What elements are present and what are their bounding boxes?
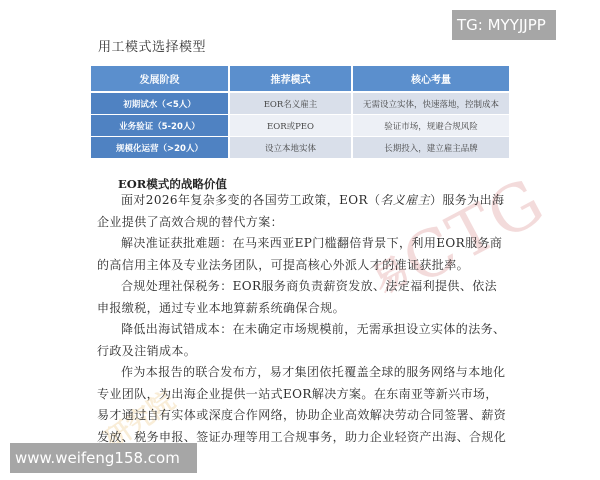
consideration-cell: 验证市场，规避合规风险: [353, 115, 509, 136]
url-overlay-label: www.weifeng158.com: [10, 443, 197, 473]
intro-text-emphasis: 名义雇主: [380, 193, 430, 207]
cost-paragraph: 降低出海试错成本：在未确定市场规模前，无需承担设立实体的法务、行政及注销成本。: [97, 319, 507, 362]
mode-cell: 设立本地实体: [230, 137, 353, 158]
document-title: 用工模式选择模型: [98, 36, 206, 55]
intro-paragraph: 面对2026年复杂多变的各国劳工政策，EOR（名义雇主）服务为出海企业提供了高效…: [97, 190, 507, 233]
stage-cell: 业务验证（5-20人）: [91, 115, 230, 136]
stage-cell: 规模化运营（>20人）: [91, 137, 230, 158]
table-row: 初期试水（<5人） EOR名义雇主 无需设立实体，快速落地，控制成本: [91, 93, 509, 114]
header-recommended-mode: 推荐模式: [230, 66, 353, 91]
mode-cell: EOR名义雇主: [230, 93, 353, 114]
tg-overlay-label: TG: MYYJJPP: [452, 10, 556, 40]
table-row: 规模化运营（>20人） 设立本地实体 长期投入，建立雇主品牌: [91, 137, 509, 158]
employment-model-table: 发展阶段 推荐模式 核心考量 初期试水（<5人） EOR名义雇主 无需设立实体，…: [91, 66, 509, 159]
permit-paragraph: 解决准证获批难题：在马来西亚EP门槛翻倍背景下，利用EOR服务商的高信用主体及专…: [97, 233, 507, 276]
header-stage: 发展阶段: [91, 66, 230, 91]
intro-text-before: 面对2026年复杂多变的各国劳工政策，EOR（: [121, 193, 380, 207]
consideration-cell: 长期投入，建立雇主品牌: [353, 137, 509, 158]
table-row: 业务验证（5-20人） EOR或PEO 验证市场，规避合规风险: [91, 115, 509, 136]
table-header-row: 发展阶段 推荐模式 核心考量: [91, 66, 509, 91]
compliance-paragraph: 合规处理社保税务：EOR服务商负责薪资发放、法定福利提供、依法申报缴税，通过专业…: [97, 276, 507, 319]
stage-cell: 初期试水（<5人）: [91, 93, 230, 114]
header-core-considerations: 核心考量: [353, 66, 509, 91]
consideration-cell: 无需设立实体，快速落地，控制成本: [353, 93, 509, 114]
mode-cell: EOR或PEO: [230, 115, 353, 136]
